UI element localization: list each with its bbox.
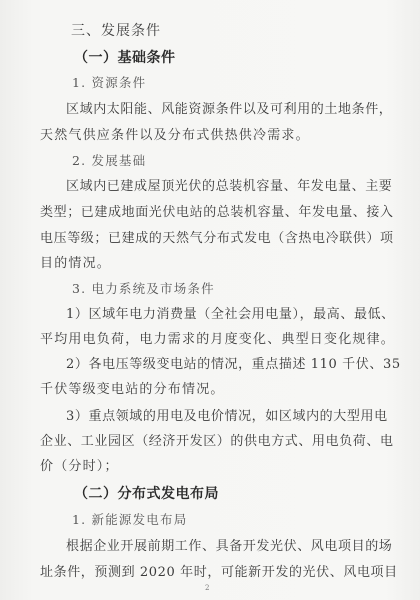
paragraph-line: 址条件，预测到 2020 年时，可能新开发的光伏、风电项目 (40, 565, 376, 581)
document-page: 三、发展条件 （一）基础条件 1. 资源条件 区域内太阳能、风能资源条件以及可利… (0, 0, 420, 600)
paragraph-line: 天然气供应条件以及分布式供热供冷需求。 (40, 128, 376, 144)
subsection-title-distributed-layout: （二）分布式发电布局 (74, 486, 410, 502)
paragraph-line: 类型；已建成地面光伏电站的总装机容量、年发电量、接入 (40, 205, 376, 221)
item-heading-new-energy-layout: 1. 新能源发电布局 (72, 512, 408, 528)
item-heading-power-system-market: 3. 电力系统及市场条件 (72, 281, 408, 297)
subsection-title-basic-conditions: （一）基础条件 (74, 50, 410, 66)
paragraph-line: 区域内已建成屋顶光伏的总装机容量、年发电量、主要 (66, 179, 376, 195)
paragraph-line: 目的情况。 (40, 256, 376, 272)
paragraph-line: 区域内太阳能、风能资源条件以及可利用的土地条件， (66, 102, 376, 118)
item-heading-resource-conditions: 1. 资源条件 (72, 75, 408, 91)
paragraph-line: 企业、工业园区（经济开发区）的供电方式、用电负荷、电 (40, 434, 376, 450)
paragraph-line: 千伏等级变电站的分布情况。 (40, 382, 376, 398)
paragraph-line: 3）重点领域的用电及电价情况，如区域内的大型用电 (66, 409, 376, 425)
paragraph-line: 1）区域年电力消费量（全社会用电量），最高、最低、 (66, 307, 376, 323)
paragraph-line: 价（分时）； (40, 459, 376, 475)
paragraph-line: 根据企业开展前期工作、具备开发光伏、风电项目的场 (66, 539, 376, 555)
section-title: 三、发展条件 (71, 23, 407, 39)
item-heading-development-basis: 2. 发展基础 (72, 153, 408, 169)
page-number: 2 (205, 584, 209, 592)
paragraph-line: 平均用电负荷，电力需求的月度变化、典型日变化规律。 (40, 332, 376, 348)
paragraph-line: 电压等级；已建成的天然气分布式发电（含热电冷联供）项 (40, 231, 376, 247)
paragraph-line: 2）各电压等级变电站的情况，重点描述 110 千伏、35 (66, 357, 376, 373)
